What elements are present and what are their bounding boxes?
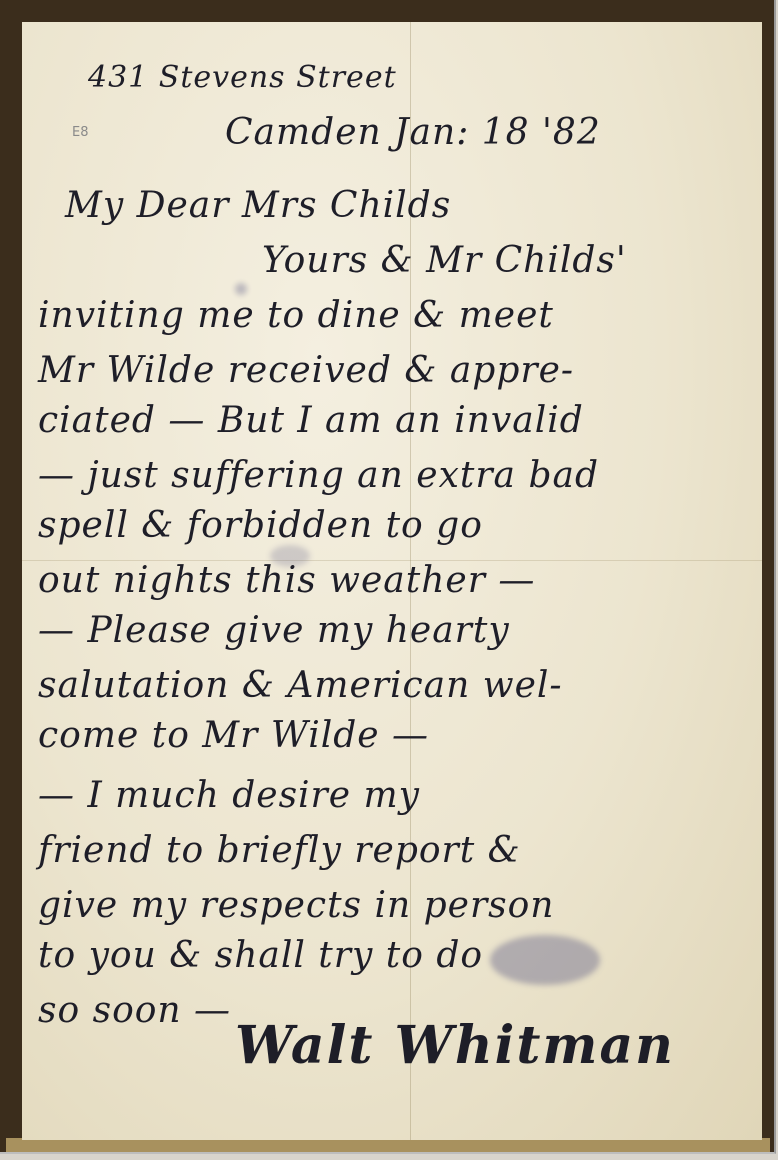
signature: Walt Whitman <box>235 1015 675 1076</box>
body-line: out nights this weather — <box>38 560 535 601</box>
body-line: friend to briefly report & <box>38 830 521 871</box>
body-line: Mr Wilde received & appre- <box>38 350 574 391</box>
body-line: Yours & Mr Childs' <box>262 240 627 281</box>
place-date-line: Camden Jan: 18 '82 <box>225 112 601 153</box>
salutation: My Dear Mrs Childs <box>65 185 451 226</box>
body-line: to you & shall try to do <box>38 935 483 976</box>
body-line: give my respects in person <box>38 885 554 926</box>
ink-smudge <box>490 935 600 985</box>
body-line: spell & forbidden to go <box>38 505 483 546</box>
address-line: 431 Stevens Street <box>88 60 397 95</box>
body-line: come to Mr Wilde — <box>38 715 429 756</box>
mat-bottom <box>6 1138 770 1152</box>
body-line: — Please give my hearty <box>38 610 510 651</box>
ink-blot <box>235 283 247 295</box>
body-line: inviting me to dine & meet <box>38 295 554 336</box>
body-line: salutation & American wel- <box>38 665 563 706</box>
body-line: — I much desire my <box>38 775 420 816</box>
body-line: so soon — <box>38 990 231 1031</box>
pencil-note: E8 <box>72 125 89 140</box>
body-line: — just suffering an extra bad <box>38 455 599 496</box>
body-line: ciated — But I am an invalid <box>38 400 584 441</box>
